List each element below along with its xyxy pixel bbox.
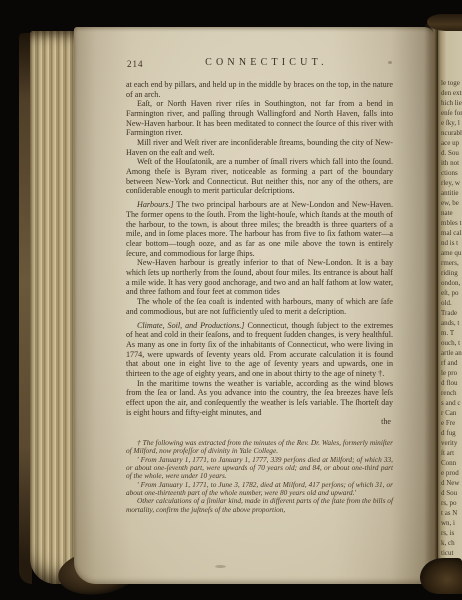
facing-page-text-line: ouch, t: [441, 338, 462, 348]
facing-page-text-line: hich lie: [441, 98, 462, 108]
facing-page-text-line: enſe for: [441, 108, 462, 118]
facing-page-text-line: e Fre: [441, 418, 462, 428]
facing-page-text-line: ondon,: [441, 278, 462, 288]
facing-page-text-line: Trade: [441, 308, 462, 318]
facing-page-text-line: ticut: [441, 548, 462, 558]
facing-page-text-line: ith not: [441, 158, 462, 168]
facing-page-text-line: rs, is: [441, 528, 462, 538]
footnote-paragraph: † The following was extracted from the m…: [126, 439, 393, 456]
footnote-paragraph: Other calculations of a ſimilar kind, ma…: [126, 497, 393, 514]
footnote-block: † The following was extracted from the m…: [126, 439, 393, 514]
facing-page-bottom-corner: [420, 558, 462, 594]
facing-page-text-line: wn, i: [441, 518, 462, 528]
paragraph-text: New-Haven harbour is greatly inferior to…: [126, 258, 393, 296]
running-title: CONNECTICUT.: [126, 57, 393, 68]
body-paragraph: at each end by pillars, and held up in t…: [126, 80, 393, 99]
facing-page-text-line: nd is t: [441, 238, 462, 248]
facing-page-text-line: le pro: [441, 368, 462, 378]
body-paragraph: The whole of the ſea coaſt is indented w…: [126, 297, 393, 316]
facing-page-text-line: ſt art: [441, 448, 462, 458]
book-page: 214 CONNECTICUT. at each end by pillars,…: [74, 27, 434, 584]
page-header: 214 CONNECTICUT.: [126, 57, 393, 70]
facing-page-text-line: den extr: [441, 88, 462, 98]
page-number: 214: [127, 59, 144, 69]
facing-page-text-line: rmers,: [441, 258, 462, 268]
page-body: at each end by pillars, and held up in t…: [126, 80, 393, 417]
facing-page-text-line: e prod: [441, 468, 462, 478]
paragraph-text: In the maritime towns the weather is var…: [126, 379, 393, 417]
facing-page-text-fragments: le togeden extrhich lieenſe fore ſky, ln…: [441, 78, 462, 588]
facing-page-text-line: d fug: [441, 428, 462, 438]
facing-page-text-line: ame qu: [441, 248, 462, 258]
catchword-row: the: [126, 417, 393, 427]
footnote-paragraph: ' From January 1, 1771, to June 3, 1782,…: [126, 481, 393, 498]
facing-page-text-line: artle an: [441, 348, 462, 358]
gutter-shadow: [424, 24, 438, 584]
paragraph-text: Eaſt, or North Haven river riſes in Sout…: [126, 99, 393, 137]
page-text-area: 214 CONNECTICUT. at each end by pillars,…: [126, 57, 393, 514]
facing-page-text-line: mal cal: [441, 228, 462, 238]
facing-page-top-edge: [427, 14, 462, 31]
paragraph-text: Weſt of the Houſatonik, are a number of …: [126, 157, 393, 195]
body-paragraph: In the maritime towns the weather is var…: [126, 379, 393, 418]
facing-page-text-line: le toge: [441, 78, 462, 88]
facing-page-text-line: k, ch: [441, 538, 462, 548]
body-paragraph: Weſt of the Houſatonik, are a number of …: [126, 157, 393, 196]
facing-page-text-line: e ſky, l: [441, 118, 462, 128]
paragraph-lead-italic: Climate, Soil, and Productions.]: [137, 321, 245, 330]
paragraph-text: Mill river and Weſt river are inconſider…: [126, 138, 393, 157]
catchword: the: [381, 417, 391, 426]
facing-page-text-line: riding: [441, 268, 462, 278]
page-speckle: [388, 61, 392, 64]
book-photo-scene: 214 CONNECTICUT. at each end by pillars,…: [0, 0, 462, 600]
facing-page-text-line: s and c: [441, 398, 462, 408]
facing-page-text-line: rench: [441, 388, 462, 398]
facing-page-text-line: d New: [441, 478, 462, 488]
footnote-paragraph: ' From January 1, 1771, to January 1, 17…: [126, 456, 393, 481]
book-page-edges: [30, 31, 76, 584]
paragraph-lead-italic: Harbours.]: [137, 200, 174, 209]
facing-page-text-line: eſt, po: [441, 288, 462, 298]
facing-page-text-line: old.: [441, 298, 462, 308]
body-paragraph: Mill river and Weſt river are inconſider…: [126, 138, 393, 157]
facing-page-text-line: verity: [441, 438, 462, 448]
facing-page-text-line: rley, w: [441, 178, 462, 188]
facing-page-text-line: ctions: [441, 168, 462, 178]
facing-page-text-line: d. Sou: [441, 148, 462, 158]
facing-page-text-line: rf and: [441, 358, 462, 368]
facing-page-text-line: ew, be: [441, 198, 462, 208]
facing-page-text-line: m. T: [441, 328, 462, 338]
paragraph-text: at each end by pillars, and held up in t…: [126, 80, 393, 99]
facing-page-text-line: ace up: [441, 138, 462, 148]
facing-page-text-line: d Sou: [441, 488, 462, 498]
facing-page-text-line: rs, po: [441, 498, 462, 508]
body-paragraph: New-Haven harbour is greatly inferior to…: [126, 258, 393, 297]
body-paragraph: Climate, Soil, and Productions.] Connect…: [126, 321, 393, 379]
facing-page-text-line: ncurable: [441, 128, 462, 138]
facing-page-sliver: le togeden extrhich lieenſe fore ſky, ln…: [438, 18, 462, 584]
facing-page-text-line: d flou: [441, 378, 462, 388]
facing-page-text-line: r Can: [441, 408, 462, 418]
facing-page-text-line: antitie: [441, 188, 462, 198]
facing-page-text-line: t as N: [441, 508, 462, 518]
facing-page-text-line: mbles t: [441, 218, 462, 228]
facing-page-text-line: nate: [441, 208, 462, 218]
paragraph-text: The whole of the ſea coaſt is indented w…: [126, 297, 393, 316]
page-stain: [215, 565, 226, 568]
body-paragraph: Eaſt, or North Haven river riſes in Sout…: [126, 99, 393, 138]
body-paragraph: Harbours.] The two principal harbours ar…: [126, 200, 393, 258]
facing-page-text-line: Conn: [441, 458, 462, 468]
facing-page-text-line: ands, t: [441, 318, 462, 328]
